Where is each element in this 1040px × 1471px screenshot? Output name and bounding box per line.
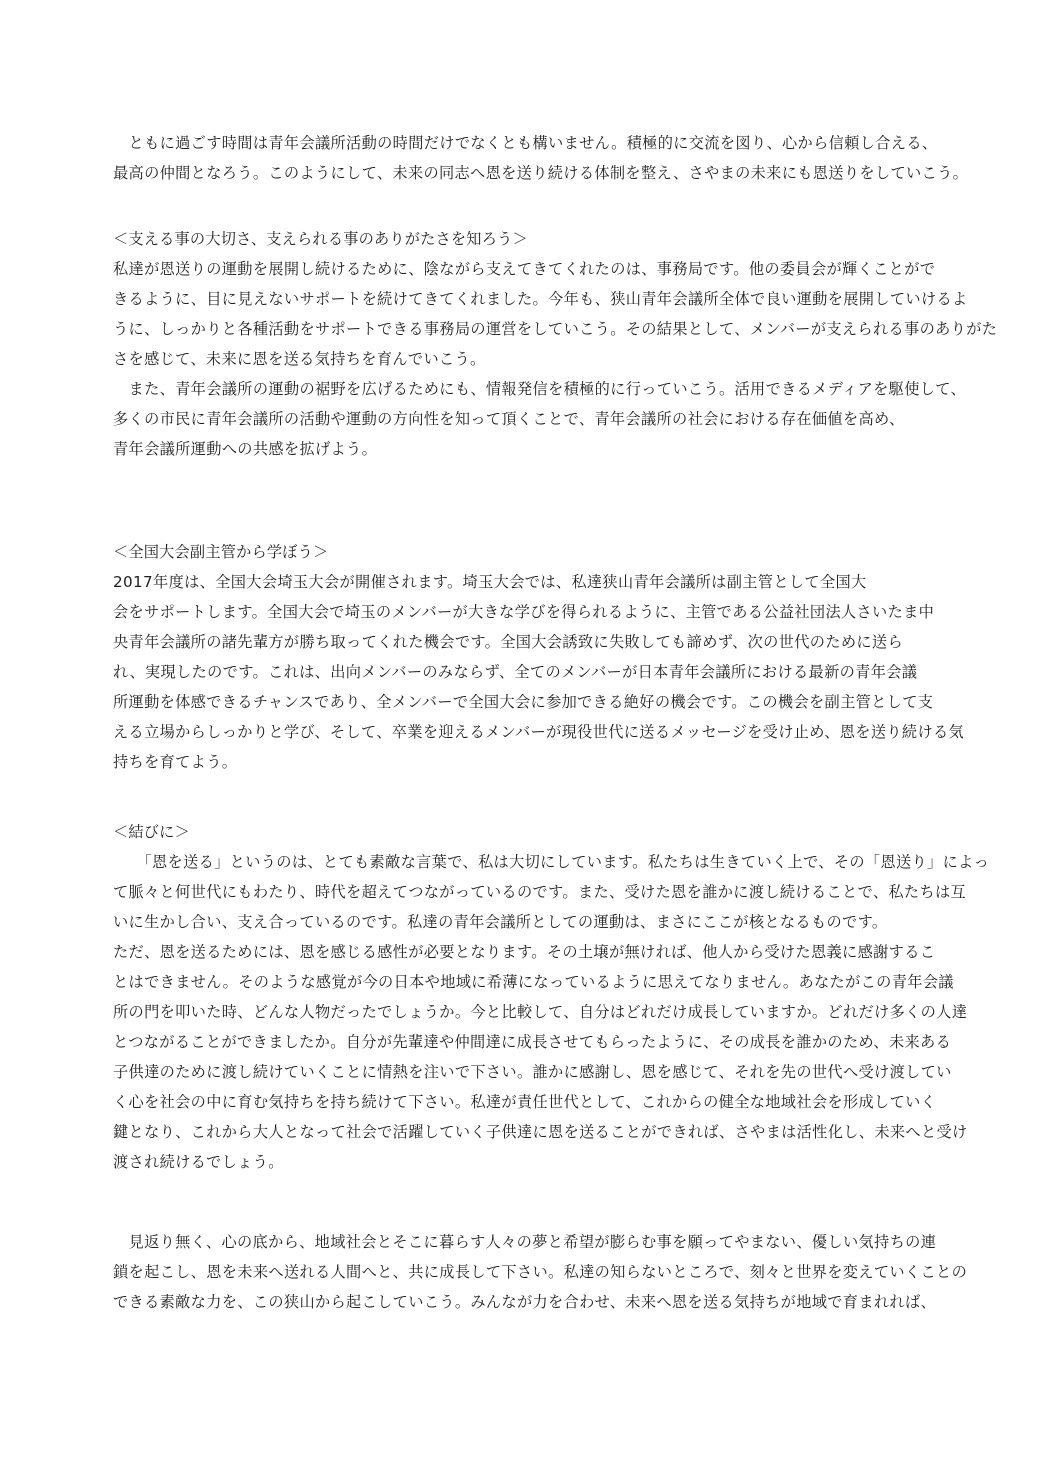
text-line: 「恩を送る」というのは、とても素敵な言葉で、私は大切にしています。私たちは生きて… — [113, 852, 989, 872]
section-heading-support: ＜支える事の大切さ、支えられる事のありがたさを知ろう＞ — [113, 229, 528, 249]
text-line: きるように、目に見えないサポートを続けてきてくれました。今年も、狭山青年会議所全… — [113, 289, 968, 309]
text-line: 渡され続けるでしょう。 — [113, 1152, 284, 1172]
text-line: いに生かし合い、支え合っているのです。私達の青年会議所としての運動は、まさにここ… — [113, 912, 887, 932]
text-line: 持ちを育てよう。 — [113, 752, 237, 772]
text-line: れ、実現したのです。これは、出向メンバーのみならず、全てのメンバーが日本青年会議… — [113, 662, 917, 682]
text-line: 私達が恩送りの運動を展開し続けるために、陰ながら支えてきてくれたのは、事務局です… — [113, 259, 935, 279]
text-line: 見返り無く、心の底から、地域社会とそこに暮らす人々の夢と希望が膨らむ事を願ってや… — [113, 1232, 936, 1252]
text-line: 鍵となり、これから大人となって社会で活躍していく子供達に恩を送ることができれば、… — [113, 1122, 968, 1142]
section-heading-national-convention: ＜全国大会副主管から学ぼう＞ — [113, 542, 328, 562]
text-line: また、青年会議所の運動の裾野を広げるためにも、情報発信を積極的に行っていこう。活… — [113, 379, 966, 399]
text-line: 会をサポートします。全国大会で埼玉のメンバーが大きな学びを得られるように、主管で… — [113, 602, 934, 622]
text-line: とつながることができましたか。自分が先輩達や仲間達に成長させてもらったように、そ… — [113, 1032, 951, 1052]
text-line: できる素敵な力を、この狭山から起こしていこう。みんなが力を合わせ、未来へ恩を送る… — [113, 1292, 936, 1312]
text-line: 最高の仲間となろう。このようにして、未来の同志へ恩を送り続ける体制を整え、さやま… — [113, 163, 968, 183]
text-line: 所の門を叩いた時、どんな人物だったでしょうか。今と比較して、自分はどれだけ成長し… — [113, 1002, 967, 1022]
text-line: ともに過ごす時間は青年会議所活動の時間だけでなくとも構いません。積極的に交流を図… — [113, 133, 937, 153]
section-heading-conclusion: ＜結びに＞ — [113, 822, 190, 842]
text-line: て脈々と何世代にもわたり、時代を超えてつながっているのです。また、受けた恩を誰か… — [113, 882, 966, 902]
text-line: 子供達のために渡し続けていくことに情熱を注いで下さい。誰かに感謝し、恩を感じて、… — [113, 1062, 952, 1082]
text-line: える立場からしっかりと学び、そして、卒業を迎えるメンバーが現役世代に送るメッセー… — [113, 722, 964, 742]
text-line: さを感じて、未来に恩を送る気持ちを育んでいこう。 — [113, 349, 486, 369]
text-line: ただ、恩を送るためには、恩を感じる感性が必要となります。その土壌が無ければ、他人… — [113, 942, 935, 962]
text-line: とはできません。そのような感覚が今の日本や地域に希薄になっているように思えてなり… — [113, 972, 954, 992]
text-line: うに、しっかりと各種活動をサポートできる事務局の運営をしていこう。その結果として… — [113, 319, 997, 339]
text-line: 多くの市民に青年会議所の活動や運動の方向性を知って頂くことで、青年会議所の社会に… — [113, 409, 905, 429]
text-line: 所運動を体感できるチャンスであり、全メンバーで全国大会に参加できる絶好の機会です… — [113, 692, 933, 712]
text-line: 青年会議所運動への共感を拡げよう。 — [113, 439, 377, 459]
text-line: 鎖を起こし、恩を未来へ送れる人間へと、共に成長して下さい。私達の知らないところで… — [113, 1262, 967, 1282]
text-line: 央青年会議所の諸先輩方が勝ち取ってくれた機会です。全国大会誘致に失敗しても諦めず… — [113, 632, 903, 652]
text-line: く心を社会の中に育む気持ちを持ち続けて下さい。私達が責任世代として、これからの健… — [113, 1092, 936, 1112]
text-line: 2017年度は、全国大会埼玉大会が開催されます。埼玉大会では、私達狭山青年会議所… — [113, 572, 867, 592]
